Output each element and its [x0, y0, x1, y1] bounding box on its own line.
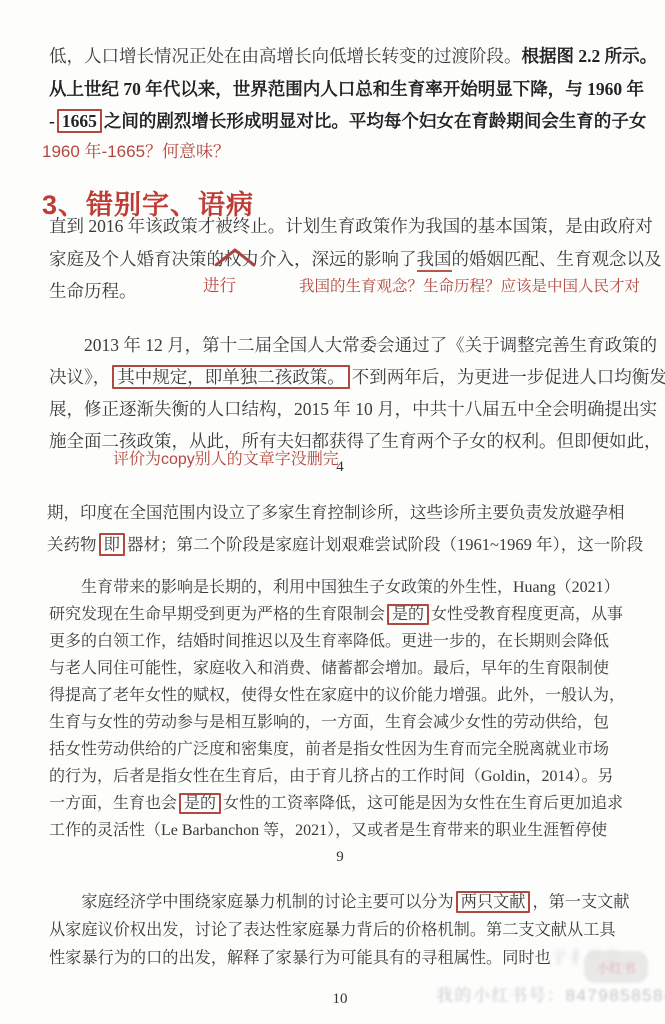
text-segment: 女性受教育程度更高，从事 [431, 606, 623, 623]
text-segment: 关药物 [47, 535, 97, 554]
text-line: 工作的灵活性（Le Barbanchon 等，2021），又或者是生育带来的职业… [49, 817, 625, 844]
text-segment: 女性的工资率降低，这可能是因为女性在生育后更加追求 [223, 795, 623, 812]
document-page: 低，人口增长情况正处在由高增长向低增长转变的过渡阶段。根据图 2.2 所示。从上… [0, 0, 665, 1024]
text-line: 括女性劳动供给的广泛度和密集度，前者是指女性因为生育而完全脱离就业市场 [49, 736, 625, 763]
text-segment: 得提高了老年女性的赋权，使得女性在家庭中的议价能力增强。此外，一般认为， [49, 687, 625, 704]
text-line: 关药物即器材；第二个阶段是家庭计划艰难尝试阶段（1961~1969 年），这一阶… [47, 529, 643, 561]
text-segment: 展，修正逐渐失衡的人口结构，2015 年 10 月，中共十八届五中全会明确提出实 [49, 399, 657, 419]
marked-error: 是的 [387, 604, 429, 625]
text-line: 生育与女性的劳动参与是相互影响的，一方面，生育会减少女性的劳动供给，包 [49, 709, 625, 736]
text-segment: 决议》， [49, 367, 110, 387]
text-line: 研究发现在生命早期受到更为严格的生育限制会是的女性受教育程度更高，从事 [49, 601, 625, 628]
insertion-caret-icon [213, 247, 257, 269]
text-line: 从上世纪 70 年代以来，世界范围内人口总和生育率开始明显下降，与 1960 年 [49, 73, 657, 106]
excerpt-population-growth: 低，人口增长情况正处在由高增长向低增长转变的过渡阶段。根据图 2.2 所示。从上… [49, 40, 657, 138]
text-segment: 研究发现在生命早期受到更为严格的生育限制会 [49, 606, 385, 623]
text-segment: 工作的灵活性（Le Barbanchon 等，2021），又或者是生育带来的职业… [49, 822, 607, 839]
text-segment: - [49, 111, 55, 131]
text-line: 的行为，后者是指女性在生育后，由于育儿挤占的工作时间（Goldin，2014）。… [49, 763, 625, 790]
text-segment: 期，印度在全国范围内设立了多家生育控制诊所，这些诊所主要负责发放避孕相 [47, 503, 625, 522]
text-line: 一方面，生育也会是的女性的工资率降低，这可能是因为女性在生育后更加追求 [49, 790, 625, 817]
text-line: 与老人同住可能性，家庭收入和消费、储蓄都会增加。最后，早年的生育限制使 [49, 655, 625, 682]
text-segment: 生命历程。 [49, 281, 137, 301]
page-number-9: 9 [15, 849, 665, 866]
marked-error: 是的 [179, 793, 221, 814]
text-segment: 之间的剧烈增长形成明显对比。平均每个妇女在育龄期间会生育的子女 [104, 111, 647, 131]
text-segment: 根据图 2.2 所示。 [522, 46, 658, 66]
marked-error: 两只文献 [456, 891, 531, 913]
text-segment: ，第一支文献 [532, 893, 629, 911]
text-segment: 的行为，后者是指女性在生育后，由于育儿挤占的工作时间（Goldin，2014）。… [49, 768, 613, 785]
text-segment: 从上世纪 70 年代以来，世界范围内人口总和生育率开始明显下降，与 1960 年 [49, 79, 644, 99]
text-segment: 与老人同住可能性，家庭收入和消费、储蓄都会增加。最后，早年的生育限制使 [49, 660, 609, 677]
text-segment: 更多的白领工作，结婚时间推迟以及生育率降低。更进一步的，在长期则会降低 [49, 633, 609, 650]
text-segment: 器材；第二个阶段是家庭计划艰难尝试阶段（1961~1969 年），这一阶段 [127, 535, 643, 554]
marked-error: 即 [99, 533, 126, 556]
text-segment: 性家暴行为的口的出发，解释了家暴行为可能具有的寻租属性。同时也 [49, 949, 551, 967]
text-line: 决议》，其中规定，即单独二孩政策。不到两年后，为更进一步促进人口均衡发 [49, 361, 665, 393]
text-segment: 2013 年 12 月，第十二届全国人大常委会通过了《关于调整完善生育政策的 [49, 335, 657, 355]
text-line: 低，人口增长情况正处在由高增长向低增长转变的过渡阶段。根据图 2.2 所示。 [49, 40, 657, 73]
paragraph-domestic-violence: 家庭经济学中围绕家庭暴力机制的讨论主要可以分为两只文献，第一支文献从家庭议价权出… [49, 888, 630, 972]
paragraph-fertility-effects: 生育带来的影响是长期的，利用中国独生子女政策的外生性，Huang（2021）研究… [49, 574, 625, 844]
text-segment: 的婚姻匹配、生育观念以及 [452, 249, 662, 269]
xiaohongshu-watermark-badge: 小红书 [584, 951, 648, 983]
page-number-4: 4 [15, 459, 665, 476]
annotation-wording-question: 我国的生育观念？生命历程？应该是中国人民才对 [299, 274, 640, 296]
marked-error: 1665 [57, 109, 102, 133]
paragraph-india-clinics: 期，印度在全国范围内设立了多家生育控制诊所，这些诊所主要负责发放避孕相关药物即器… [47, 497, 643, 560]
text-segment: 从家庭议价权出发，讨论了表达性家庭暴力背后的价格机制。第二支文献从工具 [49, 921, 616, 939]
text-segment: 直到 2016 年该政策才被终止。计划生育政策作为我国的基本国策，是由政府对 [49, 216, 653, 236]
text-segment: 生育带来的影响是长期的，利用中国独生子女政策的外生性，Huang（2021） [49, 579, 620, 596]
text-line: 展，修正逐渐失衡的人口结构，2015 年 10 月，中共十八届五中全会明确提出实 [49, 393, 665, 425]
text-line: 期，印度在全国范围内设立了多家生育控制诊所，这些诊所主要负责发放避孕相 [47, 497, 643, 529]
text-line: 生育带来的影响是长期的，利用中国独生子女政策的外生性，Huang（2021） [49, 574, 625, 601]
marked-error: 其中规定，即单独二孩政策。 [112, 365, 350, 389]
text-segment: 不到两年后，为更进一步促进人口均衡发 [352, 367, 665, 387]
paragraph-two-child-policy: 2013 年 12 月，第十二届全国人大常委会通过了《关于调整完善生育政策的决议… [49, 329, 665, 457]
text-line: 性家暴行为的口的出发，解释了家暴行为可能具有的寻租属性。同时也亍 扌什立 [49, 944, 630, 972]
text-segment: 括女性劳动供给的广泛度和密集度，前者是指女性因为生育而完全脱离就业市场 [49, 741, 609, 758]
text-line: 家庭经济学中围绕家庭暴力机制的讨论主要可以分为两只文献，第一支文献 [49, 888, 630, 916]
annotation-question-1665: 1960 年-1665？何意味？ [42, 137, 230, 162]
text-segment: 一方面，生育也会 [49, 795, 177, 812]
text-line: 2013 年 12 月，第十二届全国人大常委会通过了《关于调整完善生育政策的 [49, 329, 665, 361]
text-segment: 低，人口增长情况正处在由高增长向低增长转变的过渡阶段。 [49, 46, 522, 66]
text-line: 得提高了老年女性的赋权，使得女性在家庭中的议价能力增强。此外，一般认为， [49, 682, 625, 709]
text-line: -1665之间的剧烈增长形成明显对比。平均每个妇女在育龄期间会生育的子女 [49, 105, 657, 138]
page-number-10: 10 [15, 991, 665, 1008]
text-line: 从家庭议价权出发，讨论了表达性家庭暴力背后的价格机制。第二支文献从工具 [49, 916, 630, 944]
underlined-text: 我国 [417, 249, 452, 272]
text-line: 直到 2016 年该政策才被终止。计划生育政策作为我国的基本国策，是由政府对 [49, 210, 662, 243]
insert-word-label: 进行 [203, 272, 236, 296]
text-segment: 家庭经济学中围绕家庭暴力机制的讨论主要可以分为 [49, 893, 454, 911]
text-line: 更多的白领工作，结婚时间推迟以及生育率降低。更进一步的，在长期则会降低 [49, 628, 625, 655]
text-segment: 生育与女性的劳动参与是相互影响的，一方面，生育会减少女性的劳动供给，包 [49, 714, 609, 731]
text-line: 家庭及个人婚育决策的权力介入，深远的影响了我国的婚姻匹配、生育观念以及 [49, 243, 662, 276]
